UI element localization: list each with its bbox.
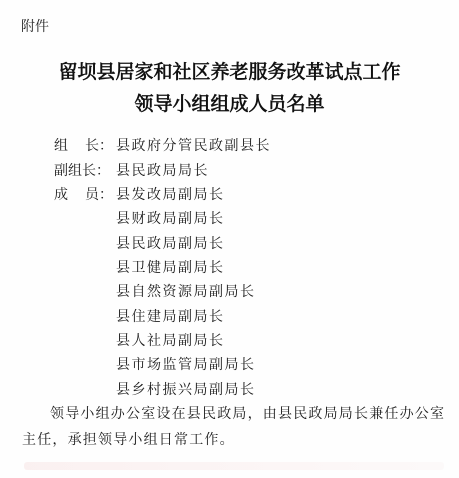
members-role-char2: 员：	[85, 187, 113, 203]
member-item: 县住建局副局长	[116, 305, 225, 329]
member-item: 县市场监管局副局长	[116, 353, 256, 377]
leader-role-char1: 组	[54, 134, 85, 158]
deputy-row: 副组长：县民政局局长	[54, 159, 209, 183]
member-item: 县发改局副局长	[116, 183, 225, 207]
member-item: 县卫健局副局长	[116, 256, 225, 280]
members-row: 成员：县发改局副局长	[54, 183, 225, 207]
bleed-through-artifact	[24, 462, 444, 470]
leader-value: 县政府分管民政副县长	[116, 134, 271, 158]
leader-role: 组长：	[54, 134, 116, 158]
leader-row: 组长：县政府分管民政副县长	[54, 134, 271, 158]
member-item: 县财政局副局长	[116, 207, 225, 231]
attachment-label: 附件	[21, 16, 49, 36]
deputy-value: 县民政局局长	[116, 159, 209, 183]
leader-role-char2: 长：	[85, 138, 113, 154]
document-title-line1: 留坝县居家和社区养老服务改革试点工作	[0, 57, 459, 84]
members-role-char1: 成	[54, 183, 85, 207]
office-paragraph-line1: 领导小组办公室设在县民政局，由县民政局局长兼任办公室	[50, 402, 445, 426]
member-item: 县民政局副局长	[116, 232, 225, 256]
member-item: 县乡村振兴局副局长	[116, 378, 256, 402]
deputy-role: 副组长：	[54, 159, 116, 183]
member-item: 县自然资源局副局长	[116, 280, 256, 304]
member-item: 县人社局副局长	[116, 329, 225, 353]
office-paragraph-line2: 主任，承担领导小组日常工作。	[22, 428, 235, 452]
members-role: 成员：	[54, 183, 116, 207]
document-title-line2: 领导小组组成人员名单	[0, 89, 459, 116]
